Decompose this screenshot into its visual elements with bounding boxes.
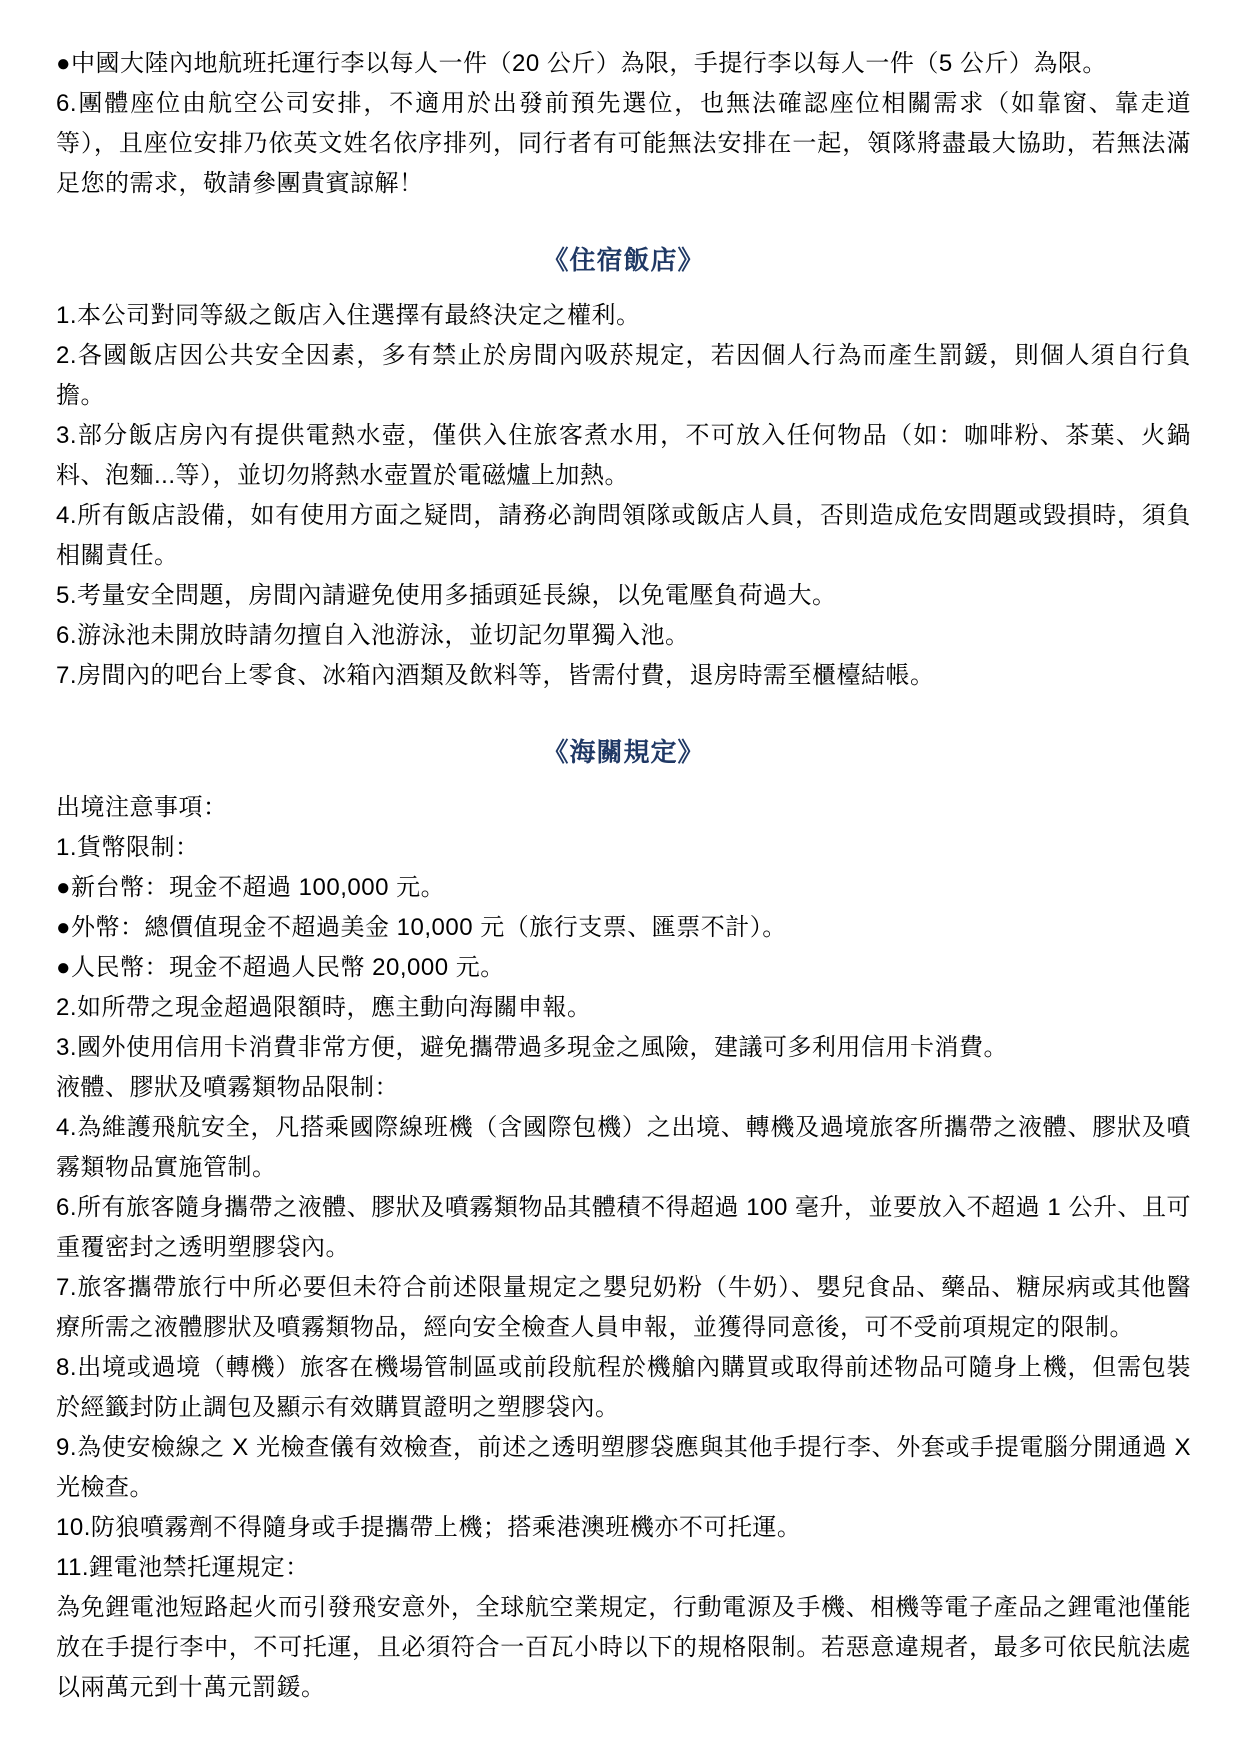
hotel-rule-5: 5.考量安全問題，房間內請避免使用多插頭延長線，以免電壓負荷過大。 — [56, 576, 1191, 616]
customs-currency-rmb: ●人民幣：現金不超過人民幣 20,000 元。 — [56, 948, 1191, 988]
hotel-rule-7: 7.房間內的吧台上零食、冰箱內酒類及飲料等，皆需付費，退房時需至櫃檯結帳。 — [56, 656, 1191, 696]
customs-rule-9: 9.為使安檢線之 X 光檢查儀有效檢查，前述之透明塑膠袋應與其他手提行李、外套或… — [56, 1428, 1191, 1508]
customs-rule-7: 7.旅客攜帶旅行中所必要但未符合前述限量規定之嬰兒奶粉（牛奶）、嬰兒食品、藥品、… — [56, 1268, 1191, 1348]
customs-departure-note-label: 出境注意事項： — [56, 788, 1191, 828]
customs-rule-10: 10.防狼噴霧劑不得隨身或手提攜帶上機；搭乘港澳班機亦不可托運。 — [56, 1508, 1191, 1548]
customs-currency-foreign: ●外幣：總價值現金不超過美金 10,000 元（旅行支票、匯票不計）。 — [56, 908, 1191, 948]
customs-rule-4: 4.為維護飛航安全，凡搭乘國際線班機（含國際包機）之出境、轉機及過境旅客所攜帶之… — [56, 1108, 1191, 1188]
document-page: ●中國大陸內地航班托運行李以每人一件（20 公斤）為限，手提行李以每人一件（5 … — [0, 0, 1241, 1755]
group-seating-note: 6.團體座位由航空公司安排，不適用於出發前預先選位，也無法確認座位相關需求（如靠… — [56, 84, 1191, 204]
hotel-section-heading: 《住宿飯店》 — [56, 238, 1191, 282]
hotel-rule-3: 3.部分飯店房內有提供電熱水壺，僅供入住旅客煮水用，不可放入任何物品（如：咖啡粉… — [56, 416, 1191, 496]
hotel-rule-2: 2.各國飯店因公共安全因素，多有禁止於房間內吸菸規定，若因個人行為而產生罰鍰，則… — [56, 336, 1191, 416]
customs-currency-limit-label: 1.貨幣限制： — [56, 828, 1191, 868]
customs-currency-twd: ●新台幣：現金不超過 100,000 元。 — [56, 868, 1191, 908]
customs-rule-6: 6.所有旅客隨身攜帶之液體、膠狀及噴霧類物品其體積不得超過 100 毫升，並要放… — [56, 1188, 1191, 1268]
baggage-allowance-note: ●中國大陸內地航班托運行李以每人一件（20 公斤）為限，手提行李以每人一件（5 … — [56, 44, 1191, 84]
hotel-rule-4: 4.所有飯店設備，如有使用方面之疑問，請務必詢問領隊或飯店人員，否則造成危安問題… — [56, 496, 1191, 576]
customs-lithium-battery-note: 為免鋰電池短路起火而引發飛安意外，全球航空業規定，行動電源及手機、相機等電子產品… — [56, 1588, 1191, 1708]
customs-rule-2: 2.如所帶之現金超過限額時，應主動向海關申報。 — [56, 988, 1191, 1028]
customs-liquids-limit-label: 液體、膠狀及噴霧類物品限制： — [56, 1068, 1191, 1108]
customs-rule-8: 8.出境或過境（轉機）旅客在機場管制區或前段航程於機艙內購買或取得前述物品可隨身… — [56, 1348, 1191, 1428]
customs-rule-3: 3.國外使用信用卡消費非常方便，避免攜帶過多現金之風險，建議可多利用信用卡消費。 — [56, 1028, 1191, 1068]
hotel-rule-6: 6.游泳池未開放時請勿擅自入池游泳，並切記勿單獨入池。 — [56, 616, 1191, 656]
customs-section-heading: 《海關規定》 — [56, 730, 1191, 774]
hotel-rule-1: 1.本公司對同等級之飯店入住選擇有最終決定之權利。 — [56, 296, 1191, 336]
customs-rule-11: 11.鋰電池禁托運規定： — [56, 1548, 1191, 1588]
